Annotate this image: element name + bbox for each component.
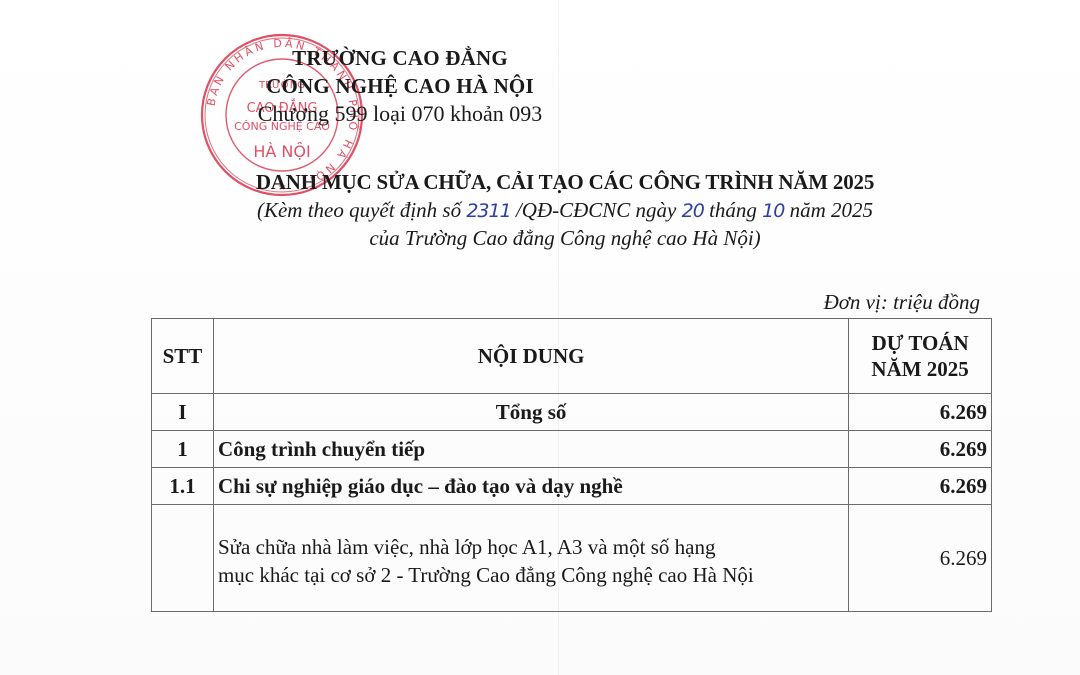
document-title: DANH MỤC SỬA CHỮA, CẢI TẠO CÁC CÔNG TRÌN… <box>0 170 1080 195</box>
header-amount: DỰ TOÁN NĂM 2025 <box>849 319 992 394</box>
decision-reference: (Kèm theo quyết định số 2311 /QĐ-CĐCNC n… <box>0 198 1080 223</box>
table-header-row: STT NỘI DUNG DỰ TOÁN NĂM 2025 <box>152 319 992 394</box>
table-row: 1 Công trình chuyển tiếp 6.269 <box>152 431 992 468</box>
row-stt: 1 <box>152 431 214 468</box>
decision-issuer: của Trường Cao đẳng Công nghệ cao Hà Nội… <box>0 226 1080 251</box>
row-content: Công trình chuyển tiếp <box>213 431 848 468</box>
organization-name-line1: TRƯỜNG CAO ĐẲNG <box>0 46 800 71</box>
row-content-line1: Sửa chữa nhà làm việc, nhà lớp học A1, A… <box>218 535 716 559</box>
row-amount: 6.269 <box>849 468 992 505</box>
table-row: 1.1 Chi sự nghiệp giáo dục – đào tạo và … <box>152 468 992 505</box>
table-row: Sửa chữa nhà làm việc, nhà lớp học A1, A… <box>152 505 992 612</box>
row-content: Sửa chữa nhà làm việc, nhà lớp học A1, A… <box>213 505 848 612</box>
table-row: I Tổng số 6.269 <box>152 394 992 431</box>
month-label: tháng <box>704 198 762 222</box>
budget-chapter-code: Chương 599 loại 070 khoản 093 <box>0 101 800 127</box>
decision-middle: /QĐ-CĐCNC ngày <box>511 198 682 222</box>
row-content: Tổng số <box>213 394 848 431</box>
row-stt: 1.1 <box>152 468 214 505</box>
row-amount: 6.269 <box>849 505 992 612</box>
budget-table: STT NỘI DUNG DỰ TOÁN NĂM 2025 I Tổng số … <box>151 318 992 612</box>
document-page: BAN NHÂN DÂN THÀNH PHỐ HÀ NỘI TRƯỜNG CAO… <box>0 0 1080 675</box>
svg-text:HÀ NỘI: HÀ NỘI <box>253 142 310 161</box>
handwritten-month: 10 <box>762 200 784 222</box>
header-stt: STT <box>152 319 214 394</box>
decision-prefix: (Kèm theo quyết định số <box>257 198 466 222</box>
header-amount-line2: NĂM 2025 <box>871 357 968 381</box>
row-stt: I <box>152 394 214 431</box>
row-content-line2: mục khác tại cơ sở 2 - Trường Cao đẳng C… <box>218 563 754 587</box>
handwritten-decision-number: 2311 <box>466 200 510 222</box>
row-content: Chi sự nghiệp giáo dục – đào tạo và dạy … <box>213 468 848 505</box>
header-content: NỘI DUNG <box>213 319 848 394</box>
row-amount: 6.269 <box>849 394 992 431</box>
year-text: năm 2025 <box>784 198 873 222</box>
organization-name-line2: CÔNG NGHỆ CAO HÀ NỘI <box>0 74 800 99</box>
handwritten-day: 20 <box>682 200 704 222</box>
unit-label: Đơn vị: triệu đồng <box>824 290 980 315</box>
row-amount: 6.269 <box>849 431 992 468</box>
row-stt <box>152 505 214 612</box>
header-amount-line1: DỰ TOÁN <box>872 331 969 355</box>
